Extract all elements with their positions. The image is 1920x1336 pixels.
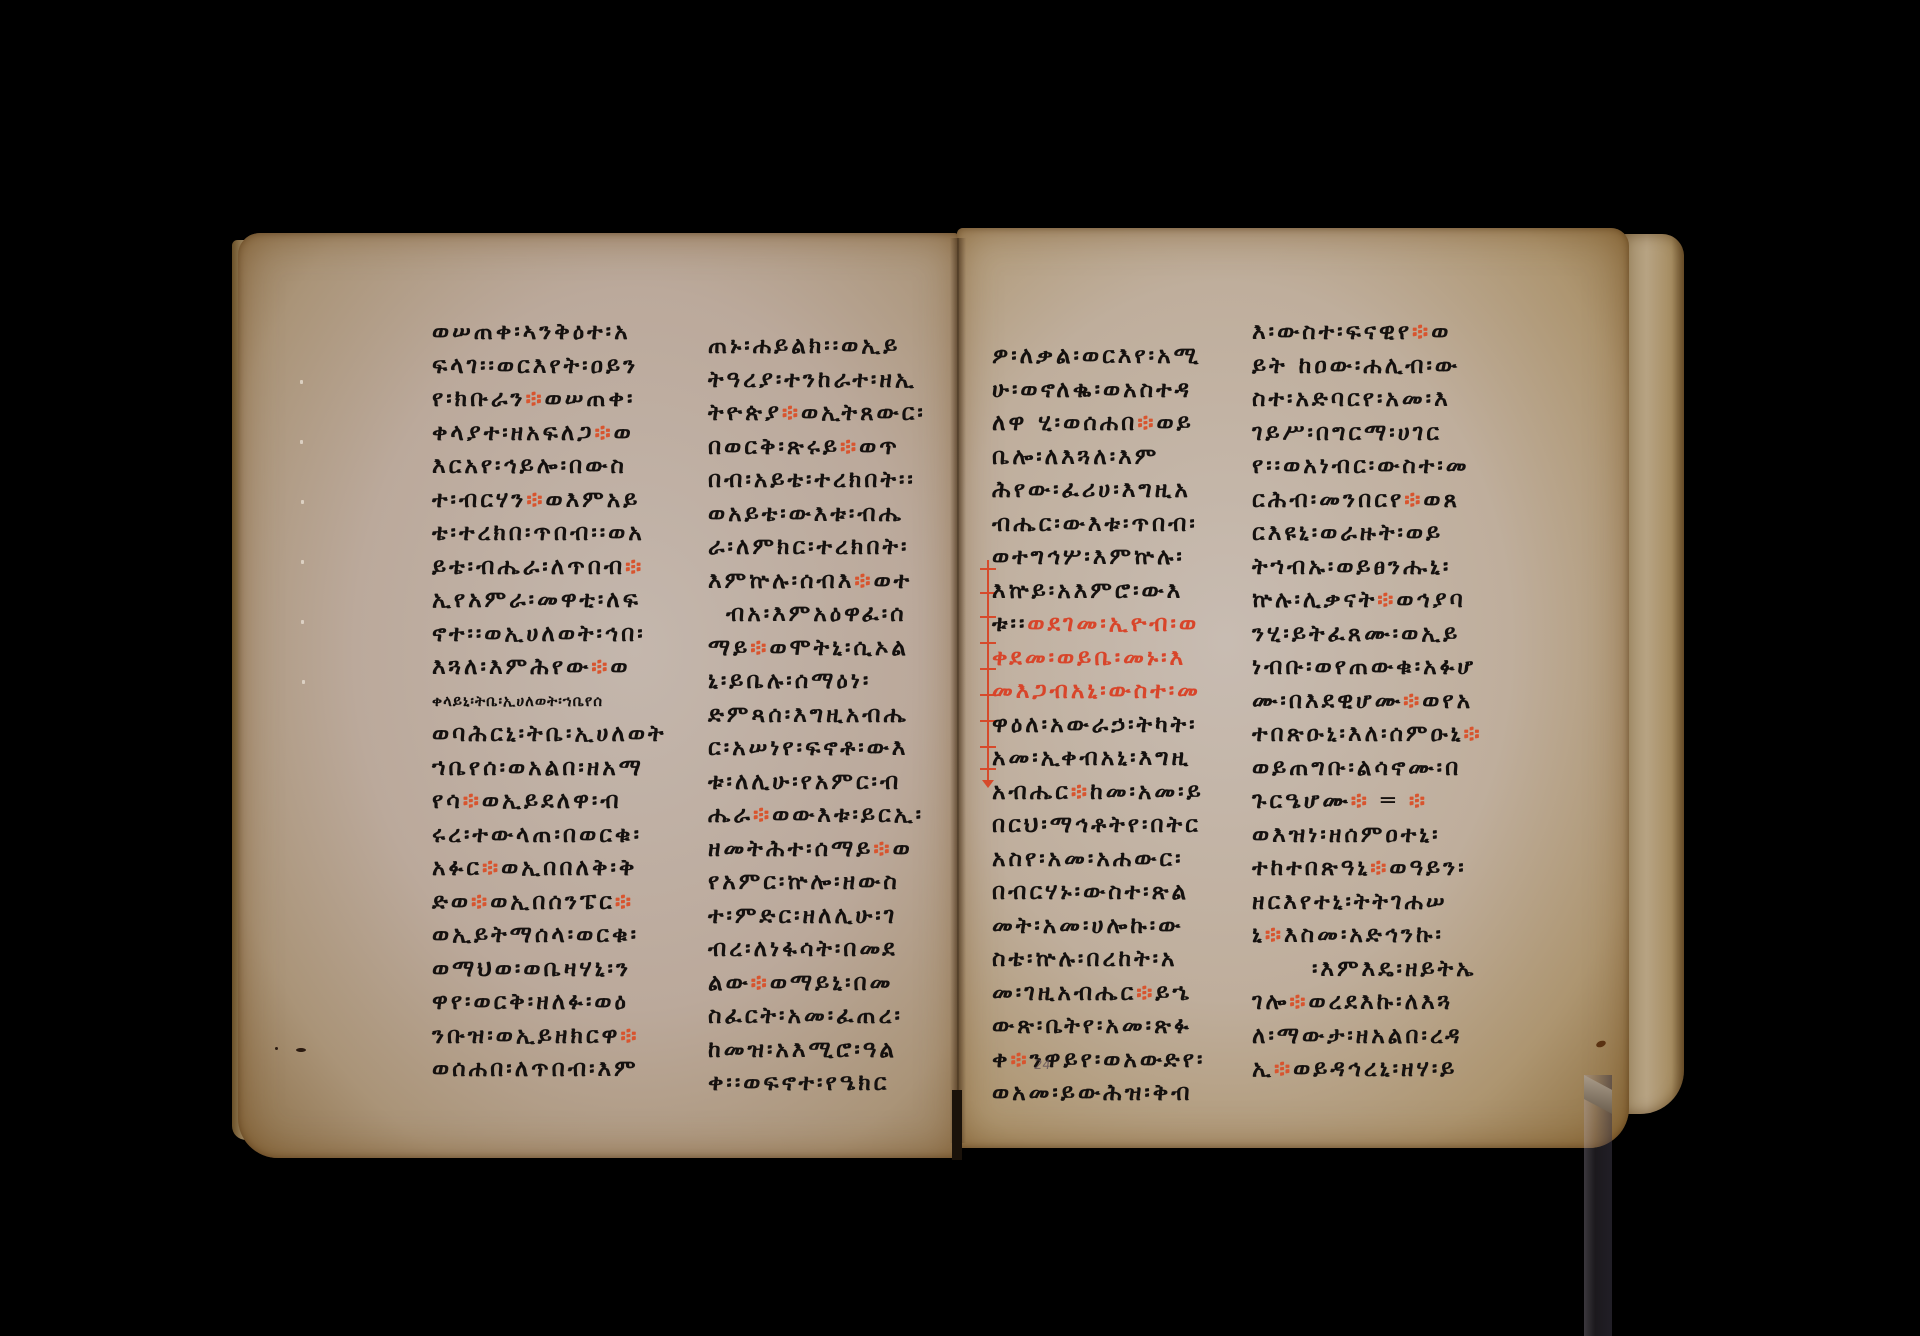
- section-mark: ፨: [1377, 587, 1396, 613]
- section-mark: ፨: [750, 635, 769, 661]
- section-mark: ፨: [595, 420, 614, 446]
- text-line: እ፡ውስተ፡ፍናዊየ፨ወ: [1252, 316, 1483, 350]
- text-line: መ፡ገዚአብሔር፨ይኄ: [992, 977, 1205, 1011]
- text-line: ሁ፡ወኖለቈ፡ወአስተዳ: [992, 374, 1205, 408]
- text-line: ቀ፨ንዋይየ፡ወአውድየ፡: [992, 1044, 1205, 1078]
- text-line: ሕየው፡ፈሪሀ፡እግዚአ: [992, 474, 1205, 508]
- section-mark: ፨: [471, 889, 490, 915]
- text-line: ር፡አሠነየ፡ፍኖቶ፡ውእ: [708, 732, 926, 766]
- text-line: ሔራ፨ወውእቱ፡ይርኢ፡: [708, 799, 926, 833]
- text-line: ስፈርት፡አመ፡ፈጠረ፡: [708, 1000, 926, 1034]
- text-line: ተከተበጽዓኒ፨ወዓይን፡: [1252, 852, 1483, 886]
- section-mark: ፨: [525, 386, 544, 412]
- text-line: ይቴ፡ብሔራ፡ለጥበብ፨: [432, 551, 667, 585]
- text-line: ብሔር፡ውእቱ፡ጥበብ፡: [992, 508, 1205, 542]
- text-line: ልው፨ወማይኒ፡በመ: [708, 967, 926, 1001]
- text-line: ኒ፡ይቤሉ፡ሰማዕነ፡: [708, 665, 926, 699]
- text-line: ኢየአምራ፡መዋቲ፡ለፍ: [432, 584, 667, 618]
- text-line: ኢ፨ወይዳኅረኒ፡ዘሃ፡ይ: [1252, 1053, 1483, 1087]
- text-line: ቤሎ፡ለእጓለ፡እም: [992, 441, 1205, 475]
- section-mark: ፨: [463, 788, 482, 814]
- right-page-fore-edge: [1622, 234, 1684, 1114]
- text-line: ወኢይትማሰላ፡ወርቁ፡: [432, 919, 667, 953]
- text-column-2: ጠኑ፡ሐይልክ፡፡ወኢይ ትዓረያ፡ተንከራተ፡ዘኢ ትዮጵያ፨ወኢትጸውር፡ …: [708, 330, 926, 1101]
- text-line: ለ፡ማውታ፡ዘአልበ፡ረዳ: [1252, 1020, 1483, 1054]
- text-line: የሳ፨ወኢይደለዋ፡ብ: [432, 785, 667, 819]
- text-column-1: ወሠጠቀ፡ኣንቅዕተ፡አ ፍላገ፡፡ወርእየት፡ዐይን የ፡ክቡራን፨ወሠጠቀ፡…: [432, 316, 667, 1087]
- text-line: ወማህወ፡ወቤዛሃኒ፡ን: [432, 953, 667, 987]
- section-mark: ፨: [1370, 855, 1389, 881]
- section-mark: ፨: [1412, 319, 1431, 345]
- section-mark: ፨: [1136, 980, 1155, 1006]
- text-line: ሙ፡በእደዊሆሙ፨ወየአ: [1252, 685, 1483, 719]
- section-mark: ፨: [620, 1023, 639, 1049]
- text-column-3: ዎ፡ለቃል፡ወርእየ፡አሚ ሁ፡ወኖለቈ፡ወአስተዳ ለዋ ሂ፡ወሰሐበ፨ወይ …: [992, 340, 1205, 1111]
- text-line: ቴ፡ተረክበ፡ጥበብ፡፡ወአ: [432, 517, 667, 551]
- text-line: ንሂ፡ይትፈጸሙ፡ወኢይ: [1252, 618, 1483, 652]
- section-mark: ፨: [1351, 788, 1370, 814]
- text-line: ማይ፨ወሞትኒ፡ሲኦል: [708, 632, 926, 666]
- section-mark: ፨: [1409, 788, 1428, 814]
- text-line: ሩረ፡ተውላጠ፡በወርቁ፡: [432, 819, 667, 853]
- text-line: ስቴ፡ኵሉ፡በረከት፡አ: [992, 943, 1205, 977]
- text-line: ገሎ፨ወረደእኩ፡ለእጓ: [1252, 986, 1483, 1020]
- section-mark: ፨: [751, 970, 770, 996]
- text-line: ተ፡ብርሃን፨ወእምአይ: [432, 484, 667, 518]
- text-line: ቱ፡ለሊሁ፡የአምር፡ብ: [708, 766, 926, 800]
- text-line: ኒ፨እስመ፡አድኅንኩ፡: [1252, 919, 1483, 953]
- section-mark: ፨: [615, 889, 634, 915]
- text-line: ገይሥ፡በግርማ፡ሀገር: [1252, 417, 1483, 451]
- text-line: ቀላይኒ፡ትቤ፡ኢሀለወት፡ኀቤየሰ: [432, 685, 667, 719]
- text-line: አብሔር፨ከመ፡አመ፡ይ: [992, 776, 1205, 810]
- text-line: የአምር፡ኵሎ፡ዘውስ: [708, 866, 926, 900]
- section-mark: ፨: [482, 855, 501, 881]
- section-mark: ፨: [1404, 487, 1423, 513]
- text-line: አፉር፨ወኢበበለቅ፡ቅ: [432, 852, 667, 886]
- text-line: ብአ፡እምአዕዋፈ፡ሰ: [708, 598, 926, 632]
- section-mark: ፨: [1403, 688, 1422, 714]
- text-line: ተበጽዑኒ፡እለ፡ሰምዑኒ፨: [1252, 718, 1483, 752]
- section-mark: ፨: [873, 836, 892, 862]
- text-line: ርሕብ፡መንበርየ፨ወጸ: [1252, 484, 1483, 518]
- text-line: እምኵሉ፡ሰብእ፨ወተ: [708, 565, 926, 599]
- text-line: ራ፡ለምክር፡ተረክበት፡: [708, 531, 926, 565]
- text-line: ውጽ፡ቤትየ፡አመ፡ጽፉ: [992, 1010, 1205, 1044]
- text-line: ድምጻሰ፡እግዚአብሔ: [708, 699, 926, 733]
- rubric-line: መእጋብአኒ፡ውስተ፡መ: [992, 675, 1205, 709]
- text-line: ንቡዝ፡ወኢይዘክርዋ፨: [432, 1020, 667, 1054]
- pencil-folio-number: 24: [1033, 1058, 1052, 1073]
- rubric-fragment: ወደገመ፡ኢዮብ፡ወ: [1027, 611, 1199, 637]
- text-line: ጉርዔሆሙ፨ ═ ፨: [1252, 785, 1483, 819]
- section-mark: ፨: [854, 568, 873, 594]
- text-line: በብርሃኑ፡ውስተ፡ጽል: [992, 876, 1205, 910]
- text-line: ዋየ፡ወርቅ፡ዘለፉ፡ወዕ: [432, 986, 667, 1020]
- text-line: መት፡አመ፡ሀሎኩ፡ው: [992, 910, 1205, 944]
- text-line: ስተ፡አድባርየ፡አመ፡እ: [1252, 383, 1483, 417]
- text-line: ተ፡ምድር፡ዘለሊሁ፡ገ: [708, 900, 926, 934]
- text-line: ወሠጠቀ፡ኣንቅዕተ፡አ: [432, 316, 667, 350]
- text-line: ፍላገ፡፡ወርእየት፡ዐይን: [432, 350, 667, 384]
- text-line: ነብቡ፡ወየጠውቁ፡አፉሆ: [1252, 651, 1483, 685]
- section-mark: ፨: [782, 400, 801, 426]
- text-line-mixed-rubric: ቱ፡፡ወደገመ፡ኢዮብ፡ወ: [992, 608, 1205, 642]
- text-line: ትዓረያ፡ተንከራተ፡ዘኢ: [708, 364, 926, 398]
- text-line: ከመዝ፡አእሚሮ፡ዓል: [708, 1034, 926, 1068]
- text-line: እጓለ፡እምሕየው፨ወ: [432, 651, 667, 685]
- text-line: ዘመትሕተ፡ሰማይ፨ወ: [708, 833, 926, 867]
- text-line: እኵይ፡አእምሮ፡ውእ: [992, 575, 1205, 609]
- text-line: ኖተ፡፡ወኢሀለወት፡ኅበ፡: [432, 618, 667, 652]
- section-mark: ፨: [1274, 1056, 1293, 1082]
- text-line: ወአመ፡ይውሕዝ፡ቅብ: [992, 1077, 1205, 1111]
- rubric-line: ቀደመ፡ወይቤ፡መኑ፡እ: [992, 642, 1205, 676]
- section-mark: ፨: [591, 654, 610, 680]
- text-line: ኵሉ፡ሊቃናት፨ወኅያባ: [1252, 584, 1483, 618]
- text-line: ይት ከዐው፡ሐሊብ፡ው: [1252, 350, 1483, 384]
- section-mark: ፨: [1010, 1047, 1029, 1073]
- section-mark: ፨: [1289, 989, 1308, 1015]
- text-line: ትኀብኡ፡ወይፀንሑኒ፡: [1252, 551, 1483, 585]
- section-mark: ፨: [840, 434, 859, 460]
- text-line: ድወ፨ወኢበሰንፔር፨: [432, 886, 667, 920]
- text-line: ወተግኅሦ፡እምኵሉ፡: [992, 541, 1205, 575]
- section-mark: ፨: [1265, 922, 1284, 948]
- text-line: ዘርእየተኒ፡ትትገሐሠ: [1252, 886, 1483, 920]
- section-mark: ፨: [625, 554, 644, 580]
- section-mark: ፨: [753, 802, 772, 828]
- text-column-4: እ፡ውስተ፡ፍናዊየ፨ወ ይት ከዐው፡ሐሊብ፡ው ስተ፡አድባርየ፡አመ፡እ …: [1252, 316, 1483, 1087]
- manuscript-photo: ወሠጠቀ፡ኣንቅዕተ፡አ ፍላገ፡፡ወርእየት፡ዐይን የ፡ክቡራን፨ወሠጠቀ፡…: [0, 0, 1920, 1336]
- text-line: ዎ፡ለቃል፡ወርእየ፡አሚ: [992, 340, 1205, 374]
- text-line: ወባሕርኒ፡ትቤ፡ኢሀለወት: [432, 718, 667, 752]
- text-line: ርእዩኒ፡ወራዙት፡ወይ: [1252, 517, 1483, 551]
- section-mark: ፨: [1464, 721, 1483, 747]
- ink-stain: [275, 1047, 278, 1050]
- text-line: ብረ፡ለነፋሳት፡በመደ: [708, 933, 926, 967]
- text-line: በብ፡አይቴ፡ተረክበት፡፡: [708, 464, 926, 498]
- text-line: በወርቅ፡ጽሩይ፨ወጥ: [708, 431, 926, 465]
- text-line: ጠኑ፡ሐይልክ፡፡ወኢይ: [708, 330, 926, 364]
- text-line: አስየ፡አመ፡አሐውር፡: [992, 843, 1205, 877]
- text-fragment: ቱ፡፡: [992, 611, 1027, 637]
- text-line: ወእዝነ፡ዘሰምዐተኒ፡: [1252, 819, 1483, 853]
- acrylic-display-stand: [1584, 1075, 1612, 1336]
- text-line: የ፡ክቡራን፨ወሠጠቀ፡: [432, 383, 667, 417]
- text-line: አመ፡ኢቀብአኒ፡እግዚ: [992, 742, 1205, 776]
- book-gutter: [950, 238, 966, 1143]
- gutter-shadow: [952, 1090, 962, 1160]
- text-line: ወሰሐበ፡ለጥበብ፡እም: [432, 1053, 667, 1087]
- text-line: ዋዕለ፡አውራኃ፡ትካት፡: [992, 709, 1205, 743]
- section-mark: ፨: [1071, 779, 1090, 805]
- text-line: ቀላያተ፡ዘአፍለጋ፨ወ: [432, 417, 667, 451]
- text-line: እርአየ፡ኅይሎ፡በውስ: [432, 450, 667, 484]
- section-mark: ፨: [1137, 410, 1156, 436]
- text-line: በርህ፡ማኅቶትየ፡በትር: [992, 809, 1205, 843]
- text-line: ፡እምእዴ፡ዘይትኤ: [1252, 953, 1483, 987]
- text-line: ለዋ ሂ፡ወሰሐበ፨ወይ: [992, 407, 1205, 441]
- text-line: ትዮጵያ፨ወኢትጸውር፡: [708, 397, 926, 431]
- text-line: የ፡፡ወአነብር፡ውስተ፡መ: [1252, 450, 1483, 484]
- text-line: ኀቤየሰ፡ወአልበ፡ዘአማ: [432, 752, 667, 786]
- section-mark: ፨: [526, 487, 545, 513]
- ink-stain: [296, 1048, 306, 1052]
- text-line: ወይጠግቡ፡ልሳኖሙ፡በ: [1252, 752, 1483, 786]
- text-line: ወአይቴ፡ውእቱ፡ብሔ: [708, 498, 926, 532]
- text-line: ቀ፡፡ወፍኖተ፡የዔክር: [708, 1067, 926, 1101]
